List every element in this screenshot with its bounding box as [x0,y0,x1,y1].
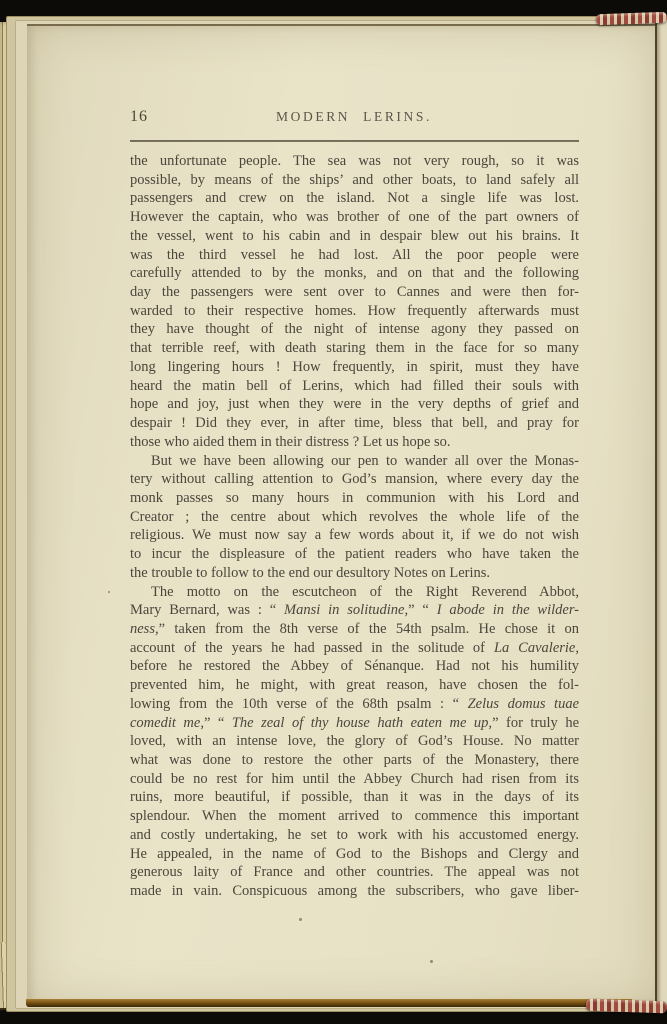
text-line: But we have been allowing our pen to wan… [130,452,579,471]
page-speck [430,960,433,963]
text-line: monk passes so many hours in communion w… [130,489,579,508]
text-line: Mary Bernard, was : “ Mansi in solitudin… [130,601,579,620]
body-text: the vessel, went to his cabin and in des… [130,228,579,244]
text-line: that terrible reef, with death staring t… [130,339,579,358]
body-text: prevented him, he might, with great reas… [130,677,579,693]
body-text: The motto on the escutcheon of the Right… [151,584,579,600]
text-line: comedit me,” “ The zeal of thy house hat… [130,714,579,733]
body-text: passengers and crew on the island. Not a… [130,190,579,206]
body-text: But we have been allowing our pen to wan… [151,453,579,469]
italic-text: Mansi in solitudine, [284,602,408,618]
body-text: ” “ [408,602,437,618]
text-line: lowing from the 10th verse of the 68th p… [130,695,579,714]
body-text: heard the matin bell of Lerins, which ha… [130,378,579,394]
body-text: those who aided them in their distress ?… [130,434,451,450]
body-text: that terrible reef, with death staring t… [130,340,579,356]
body-text: and costly undertaking, he set to work w… [130,827,579,843]
body-text: account of the years he had passed in th… [130,640,494,656]
text-line: The motto on the escutcheon of the Right… [130,583,579,602]
text-line: warded to their respective homes. How fr… [130,302,579,321]
body-text: hope and joy, just when they were in the… [130,396,579,412]
text-line: He appealed, in the name of God to the B… [130,845,579,864]
text-line: ness,” taken from the 8th verse of the 5… [130,620,579,639]
body-text: could be no rest for him until the Abbey… [130,771,579,787]
body-text: to incur the displeasure of the patient … [130,546,579,562]
body-text: ” for truly he [492,715,579,731]
text-line: day the passengers were sent over to Can… [130,283,579,302]
italic-text: La Cavalerie, [494,640,579,656]
body-text: despair ! Did they ever, in after time, … [130,415,579,431]
gutter-adjacent-page [655,18,667,1008]
body-text: ” “ [204,715,232,731]
text-line: hope and joy, just when they were in the… [130,395,579,414]
body-text: He appealed, in the name of God to the B… [130,846,579,862]
body-text: religious. We must now say a few words a… [130,527,579,543]
text-line: prevented him, he might, with great reas… [130,676,579,695]
text-line: before he restored the Abbey of Sénanque… [130,657,579,676]
body-text: monk passes so many hours in communion w… [130,490,579,506]
text-line: despair ! Did they ever, in after time, … [130,414,579,433]
text-line: passengers and crew on the island. Not a… [130,189,579,208]
text-line: account of the years he had passed in th… [130,639,579,658]
text-line: those who aided them in their distress ?… [130,433,579,452]
text-line: and costly undertaking, he set to work w… [130,826,579,845]
bottom-gilt-edge [26,999,632,1007]
text-line: loved, with an intense love, the glory o… [130,732,579,751]
body-text: tery without calling attention to God’s … [130,471,579,487]
text-line: generous laity of France and other count… [130,863,579,882]
text-line: could be no rest for him until the Abbey… [130,770,579,789]
text-line: However the captain, who was brother of … [130,208,579,227]
body-text: However the captain, who was brother of … [130,209,579,225]
page-speck [299,918,302,921]
text-line: carefully attended to by the monks, and … [130,264,579,283]
body-text: ruins, more beautiful, if possible, than… [130,789,579,805]
text-line: to incur the displeasure of the patient … [130,545,579,564]
text-line: the unfortunate people. The sea was not … [130,152,579,171]
text-line: was the third vessel he had lost. All th… [130,246,579,265]
running-title: MODERN LERINS. [130,109,578,125]
body-text: day the passengers were sent over to Can… [130,284,579,300]
page-speck [108,591,110,593]
body-text: loved, with an intense love, the glory o… [130,733,579,749]
text-line: the vessel, went to his cabin and in des… [130,227,579,246]
text-line: heard the matin bell of Lerins, which ha… [130,377,579,396]
italic-text: ness, [130,621,159,637]
body-text: lowing from the 10th verse of the 68th p… [130,696,468,712]
body-text: ” taken from the 8th verse of the 54th p… [159,621,579,637]
body-text: carefully attended to by the monks, and … [130,265,579,281]
italic-text: comedit me, [130,715,204,731]
text-line: splendour. When the moment arrived to co… [130,807,579,826]
text-block: the unfortunate people. The sea was not … [130,152,579,901]
text-line: religious. We must now say a few words a… [130,526,579,545]
body-text: they have thought of the night of intens… [130,321,579,337]
page-header: 16 MODERN LERINS. [130,106,578,128]
body-text: long lingering hours ! How frequently, i… [130,359,579,375]
body-text: before he restored the Abbey of Sénanque… [130,658,579,674]
italic-text: Zelus domus tuae [468,696,579,712]
body-text: made in vain. Conspicuous among the subs… [130,883,579,899]
body-text: Mary Bernard, was : “ [130,602,284,618]
text-line: Creator ; the centre about which revolve… [130,508,579,527]
body-text: warded to their respective homes. How fr… [130,303,579,319]
body-text: possible, by means of the ships’ and oth… [130,172,579,188]
text-line: ruins, more beautiful, if possible, than… [130,788,579,807]
body-text: what was done to restore the other parts… [130,752,579,768]
text-line: possible, by means of the ships’ and oth… [130,171,579,190]
body-text: the unfortunate people. The sea was not … [130,153,579,169]
body-text: Creator ; the centre about which revolve… [130,509,579,525]
header-rule [130,140,579,142]
italic-text: I abode in the wilder- [437,602,579,618]
body-text: generous laity of France and other count… [130,864,579,880]
body-text: the trouble to follow to the end our des… [130,565,490,581]
text-line: the trouble to follow to the end our des… [130,564,579,583]
text-line: they have thought of the night of intens… [130,320,579,339]
text-line: made in vain. Conspicuous among the subs… [130,882,579,901]
body-text: was the third vessel he had lost. All th… [130,247,579,263]
text-line: long lingering hours ! How frequently, i… [130,358,579,377]
body-text: splendour. When the moment arrived to co… [130,808,579,824]
italic-text: The zeal of thy house hath eaten me up, [232,715,492,731]
text-line: tery without calling attention to God’s … [130,470,579,489]
text-line: what was done to restore the other parts… [130,751,579,770]
